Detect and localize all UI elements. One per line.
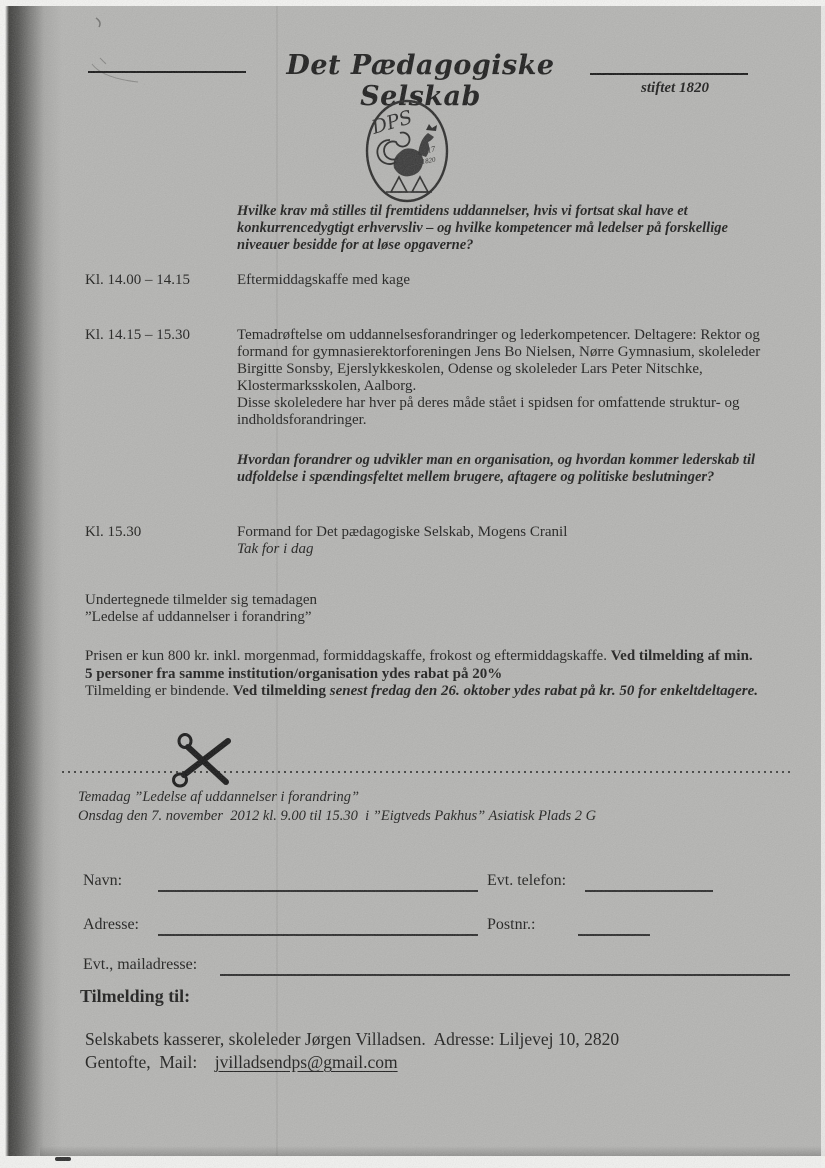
signup-line1: Undertegnede tilmelder sig temadagen xyxy=(85,592,705,609)
binding-text: Tilmelding er bindende. xyxy=(85,683,233,699)
emblem-seal-day: 17 xyxy=(426,144,437,155)
header-rule-right xyxy=(590,73,748,75)
name-label: Navn: xyxy=(83,872,122,890)
scan-edge-left xyxy=(0,0,62,1168)
phone-field[interactable] xyxy=(585,888,713,892)
scanned-document-page: Det Pædagogiske Selskab stiftet 1820 DPS… xyxy=(0,0,825,1168)
signup-line2: ”Ledelse af uddannelser i forandring” xyxy=(85,609,705,626)
email-field[interactable] xyxy=(220,972,790,976)
contact-block: Selskabets kasserer, skoleleder Jørgen V… xyxy=(85,1028,725,1074)
phone-label: Evt. telefon: xyxy=(487,872,566,890)
schedule-item: Eftermiddagskaffe med kage xyxy=(237,272,764,289)
emblem-seal-year: 1820 xyxy=(421,156,437,166)
founded-text: stiftet 1820 xyxy=(600,80,750,97)
zip-field[interactable] xyxy=(578,932,650,936)
price-text: Prisen er kun 800 kr. inkl. morgenmad, f… xyxy=(85,648,611,664)
signup-statement: Undertegnede tilmelder sig temadagen”Led… xyxy=(85,592,705,626)
header-rule-left xyxy=(88,71,246,73)
address-field[interactable] xyxy=(158,932,478,936)
scissors-icon xyxy=(170,732,232,790)
email-label: Evt., mailadresse: xyxy=(83,956,197,974)
binding-deadline: senest fredag den 26. oktober ydes rabat… xyxy=(330,683,758,699)
schedule-item: Formand for Det pædagogiske Selskab, Mog… xyxy=(237,524,764,558)
scan-edge-bottom xyxy=(0,1156,825,1168)
binding-paragraph: Tilmelding er bindende. Ved tilmelding s… xyxy=(85,683,763,701)
mid-question: Hvordan forandrer og udvikler man en org… xyxy=(237,452,777,486)
schedule-time: Kl. 14.15 – 15.30 xyxy=(85,327,230,344)
intro-question: Hvilke krav må stilles til fremtidens ud… xyxy=(237,203,777,254)
paper-fold-line xyxy=(276,0,278,1168)
scan-artifact-mark xyxy=(55,1157,71,1161)
binding-bold: Ved tilmelding xyxy=(233,683,330,699)
contact-line1: Selskabets kasserer, skoleleder Jørgen V… xyxy=(85,1028,725,1051)
schedule-item-note: Tak for i dag xyxy=(237,541,764,558)
zip-label: Postnr.: xyxy=(487,916,535,934)
scan-edge-bottom-shadow xyxy=(40,1146,825,1156)
registration-heading: Tilmelding til: xyxy=(80,986,190,1007)
schedule-item-text: Temadrøftelse om uddannelsesforandringer… xyxy=(237,327,764,395)
contact-line2-prefix: Gentofte, Mail: xyxy=(85,1052,215,1072)
schedule-item-text2: Disse skoleledere har hver på deres måde… xyxy=(237,395,764,429)
scan-edge-right xyxy=(821,0,825,1168)
schedule-time: Kl. 14.00 – 14.15 xyxy=(85,272,230,289)
event-note-line1: Temadag ”Ledelse af uddannelser i forand… xyxy=(78,788,698,807)
event-note-line2: Onsdag den 7. november 2012 kl. 9.00 til… xyxy=(78,807,698,826)
society-emblem-rooster-icon: DPS 17 1820 xyxy=(360,96,455,206)
price-paragraph: Prisen er kun 800 kr. inkl. morgenmad, f… xyxy=(85,648,763,683)
event-note: Temadag ”Ledelse af uddannelser i forand… xyxy=(78,788,698,826)
scan-edge-top xyxy=(0,0,825,6)
contact-email: jvilladsendps@gmail.com xyxy=(215,1052,398,1072)
schedule-item: Temadrøftelse om uddannelsesforandringer… xyxy=(237,327,764,429)
schedule-time: Kl. 15.30 xyxy=(85,524,230,541)
address-label: Adresse: xyxy=(83,916,139,934)
contact-line2: Gentofte, Mail: jvilladsendps@gmail.com xyxy=(85,1051,725,1074)
schedule-item-text: Formand for Det pædagogiske Selskab, Mog… xyxy=(237,524,764,541)
name-field[interactable] xyxy=(158,888,478,892)
